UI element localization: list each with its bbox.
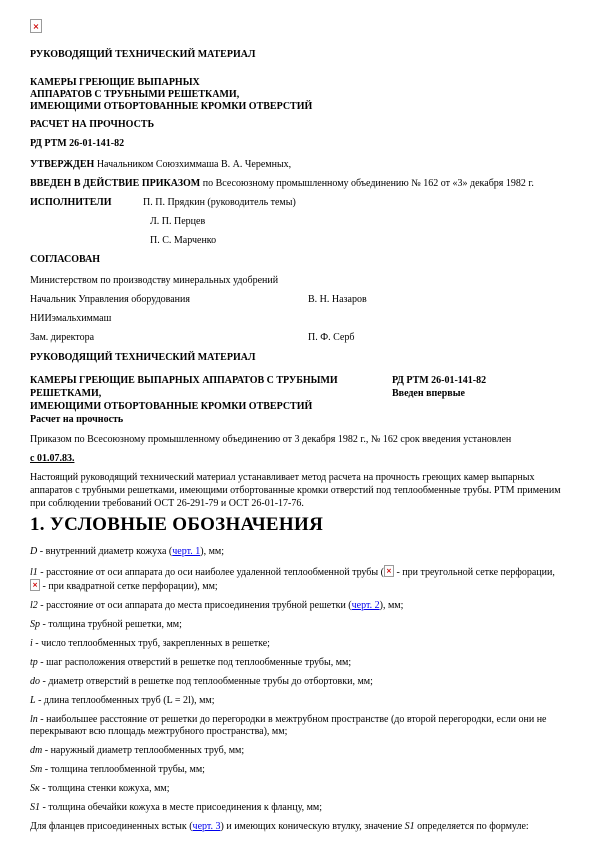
title-line: ИМЕЮЩИМИ ОТБОРТОВАННЫЕ КРОМКИ ОТВЕРСТИЙ	[30, 400, 388, 413]
subtitle: Расчет на прочность	[30, 413, 388, 426]
signature-name: В. Н. Назаров	[308, 294, 367, 306]
definition-l2: l2 - расстояние от оси аппарата до места…	[30, 600, 565, 612]
document-page: × РУКОВОДЯЩИЙ ТЕХНИЧЕСКИЙ МАТЕРИАЛ КАМЕР…	[0, 0, 595, 833]
signature-row: Зам. директора П. Ф. Серб	[30, 332, 565, 344]
title-line: КАМЕРЫ ГРЕЮЩИЕ ВЫПАРНЫХ	[30, 77, 565, 89]
approved-text: Начальником Союзхиммаша В. А. Черемных,	[94, 159, 291, 170]
definition-Sr: Sр - толщина трубной решетки, мм;	[30, 619, 565, 631]
definition-tr: tр - шаг расположения отверстий в решетк…	[30, 657, 565, 669]
title-line: АППАРАТОВ С ТРУБНЫМИ РЕШЕТКАМИ,	[30, 89, 565, 101]
doc-type-heading: РУКОВОДЯЩИЙ ТЕХНИЧЕСКИЙ МАТЕРИАЛ	[30, 49, 565, 61]
symbol: l2	[30, 600, 38, 611]
definition-text: - расстояние от оси аппарата до места пр…	[38, 600, 352, 611]
signature-row: Начальник Управления оборудования В. Н. …	[30, 294, 565, 306]
broken-image-icon: ×	[30, 19, 42, 33]
agreed-label: СОГЛАСОВАН	[30, 254, 565, 266]
strength-calc-heading: РАСЧЕТ НА ПРОЧНОСТЬ	[30, 119, 565, 131]
symbol: Sт	[30, 764, 42, 775]
definition-D: D - внутренний диаметр кожуха (черт. 1),…	[30, 546, 565, 558]
definition-lp: lп - наибольшее расстояние от решетки до…	[30, 714, 565, 738]
doc-number-block: РД РТМ 26-01-141-82 Введен впервые	[388, 374, 565, 426]
section-1-heading: 1. УСЛОВНЫЕ ОБОЗНАЧЕНИЯ	[30, 514, 565, 536]
note-text: Для фланцев присоединенных встык (	[30, 821, 193, 832]
definition-St: Sт - толщина теплообменной трубы, мм;	[30, 764, 565, 776]
org-line: НИИэмальхиммаш	[30, 313, 565, 325]
definition-text: - внутренний диаметр кожуха (	[37, 546, 172, 557]
symbol: S1	[405, 821, 415, 832]
symbol: S1	[30, 802, 40, 813]
symbol: lп	[30, 714, 38, 725]
symbol: l1	[30, 567, 38, 578]
definition-text: - диаметр отверстий в решетке под теплоо…	[40, 676, 373, 687]
executors-label: ИСПОЛНИТЕЛИ	[30, 197, 143, 209]
definition-text: - расстояние от оси аппарата до оси наиб…	[38, 567, 384, 578]
executor-name: Л. П. Перцев	[150, 216, 565, 228]
symbol: dо	[30, 676, 40, 687]
title-line: КАМЕРЫ ГРЕЮЩИЕ ВЫПАРНЫХ АППАРАТОВ С ТРУБ…	[30, 374, 388, 400]
executors-row: ИСПОЛНИТЕЛИ П. П. Прядкин (руководитель …	[30, 197, 565, 209]
signature-position: Зам. директора	[30, 332, 308, 344]
definition-text: - толщина трубной решетки, мм;	[40, 619, 182, 630]
title-doc-number-block: КАМЕРЫ ГРЕЮЩИЕ ВЫПАРНЫХ АППАРАТОВ С ТРУБ…	[30, 374, 565, 426]
definition-S1: S1 - толщина обечайки кожуха в месте при…	[30, 802, 565, 814]
symbol: tр	[30, 657, 38, 668]
definition-text: - толщина обечайки кожуха в месте присое…	[40, 802, 322, 813]
doc-type-heading: РУКОВОДЯЩИЙ ТЕХНИЧЕСКИЙ МАТЕРИАЛ	[30, 352, 565, 364]
scope-paragraph: Настоящий руководящий технический матери…	[30, 471, 565, 510]
definition-i: i - число теплообменных труб, закрепленн…	[30, 638, 565, 650]
definition-l1: l1 - расстояние от оси аппарата до оси н…	[30, 565, 565, 593]
definition-text: - наружный диаметр теплообменных труб, м…	[42, 745, 244, 756]
definition-text: - шаг расположения отверстий в решетке п…	[38, 657, 351, 668]
approved-label: УТВЕРЖДЕН	[30, 159, 94, 170]
doc-number: РД РТМ 26-01-141-82	[392, 374, 565, 387]
definition-text: - при квадратной сетке перфорации), мм;	[40, 581, 218, 592]
symbol: Sр	[30, 619, 40, 630]
signature-position: Начальник Управления оборудования	[30, 294, 308, 306]
introduced-line: ВВЕДЕН В ДЕЙСТВИЕ ПРИКАЗОМ по Всесоюзном…	[30, 178, 565, 190]
broken-image-icon: ×	[384, 565, 394, 577]
definition-text: ), мм;	[200, 546, 224, 557]
signature-name: П. Ф. Серб	[308, 332, 354, 344]
chert-1-link[interactable]: черт. 1	[172, 546, 200, 557]
first-time-note: Введен впервые	[392, 387, 565, 400]
definition-text: - длина теплообменных труб (L = 2l), мм;	[36, 695, 215, 706]
broken-image-icon: ×	[30, 579, 40, 591]
note-text: определяется по формуле:	[415, 821, 529, 832]
doc-number: РД РТМ 26-01-141-82	[30, 138, 565, 150]
note-text: ) и имеющих коническую втулку, значение	[221, 821, 405, 832]
document-title: КАМЕРЫ ГРЕЮЩИЕ ВЫПАРНЫХ АППАРАТОВ С ТРУБ…	[30, 77, 565, 113]
agreed-by-line: Министерством по производству минеральны…	[30, 275, 565, 287]
definition-text: - число теплообменных труб, закрепленных…	[33, 638, 270, 649]
title-line: ИМЕЮЩИМИ ОТБОРТОВАННЫЕ КРОМКИ ОТВЕРСТИЙ	[30, 101, 565, 113]
executor-name: П. С. Марченко	[150, 235, 565, 247]
chert-2-link[interactable]: черт. 2	[352, 600, 380, 611]
order-line: Приказом по Всесоюзному промышленному об…	[30, 434, 565, 446]
definition-do: dо - диаметр отверстий в решетке под теп…	[30, 676, 565, 688]
symbol: dт	[30, 745, 42, 756]
definition-Sk: Sк - толщина стенки кожуха, мм;	[30, 783, 565, 795]
definition-text: ), мм;	[380, 600, 404, 611]
definition-text: - толщина теплообменной трубы, мм;	[42, 764, 205, 775]
definition-L: L - длина теплообменных труб (L = 2l), м…	[30, 695, 565, 707]
executor-name: П. П. Прядкин (руководитель темы)	[143, 197, 296, 209]
introduced-text: по Всесоюзному промышленному объединению…	[200, 178, 534, 189]
document-title: КАМЕРЫ ГРЕЮЩИЕ ВЫПАРНЫХ АППАРАТОВ С ТРУБ…	[30, 374, 388, 426]
flange-note: Для фланцев присоединенных встык (черт. …	[30, 821, 565, 833]
definition-text: - толщина стенки кожуха, мм;	[40, 783, 170, 794]
chert-3-link[interactable]: черт. 3	[193, 821, 221, 832]
definition-text: - наибольшее расстояние от решетки до пе…	[30, 714, 546, 737]
approved-line: УТВЕРЖДЕН Начальником Союзхиммаша В. А. …	[30, 159, 565, 171]
definition-text: - при треугольной сетке перфорации,	[394, 567, 555, 578]
introduced-label: ВВЕДЕН В ДЕЙСТВИЕ ПРИКАЗОМ	[30, 178, 200, 189]
symbol: Sк	[30, 783, 40, 794]
effective-date: с 01.07.83.	[30, 453, 565, 465]
definition-dt: dт - наружный диаметр теплообменных труб…	[30, 745, 565, 757]
